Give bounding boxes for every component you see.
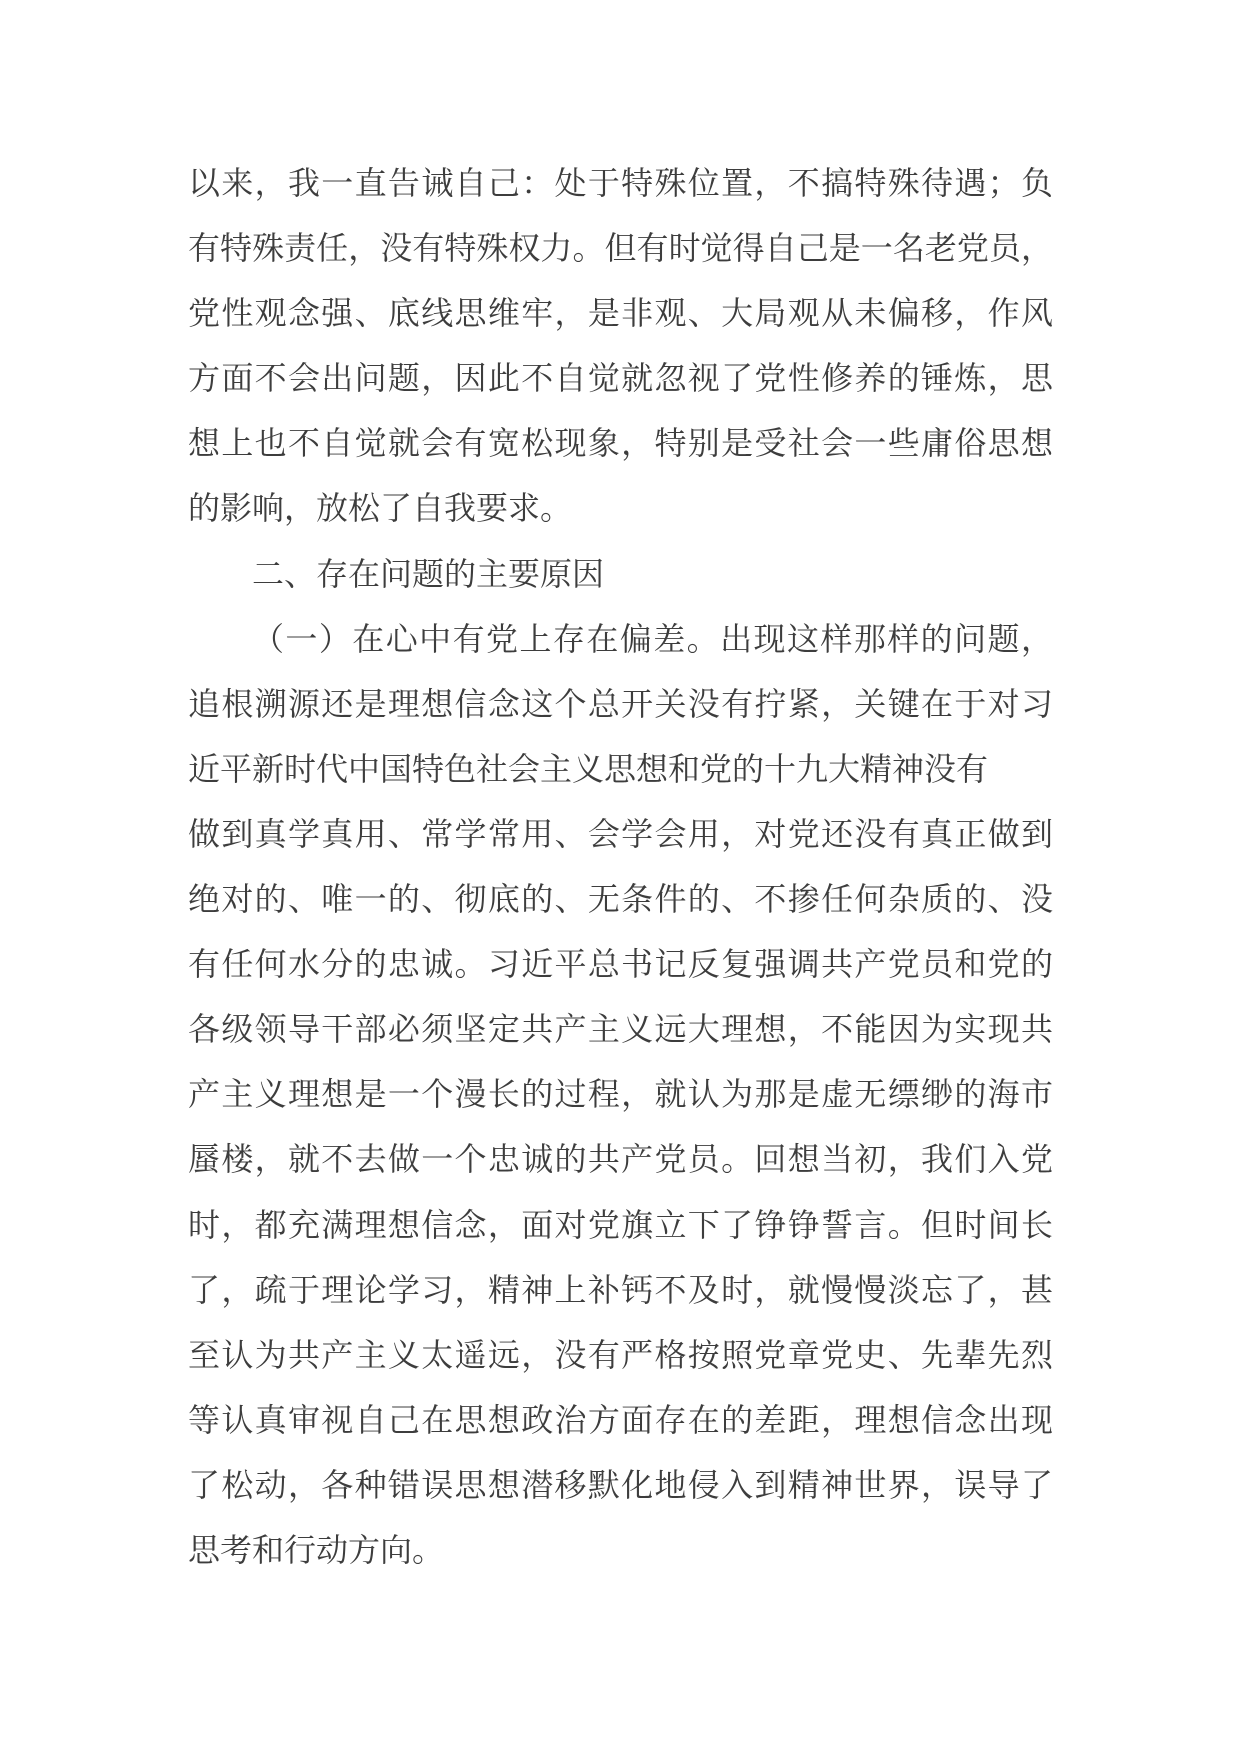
text-line: 近平新时代中国特色社会主义思想和党的十九大精神没有 [188,737,1053,802]
text-line: 绝对的、唯一的、彻底的、无条件的、不掺任何杂质的、没 [188,867,1053,932]
document-text: 以来，我一直告诫自己：处于特殊位置，不搞特殊待遇；负 有特殊责任，没有特殊权力。… [188,151,1053,1583]
text-line: 了松动，各种错误思想潜移默化地侵入到精神世界，误导了 [188,1453,1053,1518]
text-line: 思考和行动方向。 [188,1518,1053,1583]
text-line: 追根溯源还是理想信念这个总开关没有拧紧，关键在于对习 [188,672,1053,737]
section-heading: 二、存在问题的主要原因 [188,542,1053,607]
text-line: 以来，我一直告诫自己：处于特殊位置，不搞特殊待遇；负 [188,151,1053,216]
text-line: 做到真学真用、常学常用、会学会用，对党还没有真正做到 [188,802,1053,867]
text-line: 有特殊责任，没有特殊权力。但有时觉得自己是一名老党员， [188,216,1053,281]
document-page: 以来，我一直告诫自己：处于特殊位置，不搞特殊待遇；负 有特殊责任，没有特殊权力。… [0,0,1241,1755]
text-line: 产主义理想是一个漫长的过程，就认为那是虚无缥缈的海市 [188,1062,1053,1127]
text-line: 的影响，放松了自我要求。 [188,476,1053,541]
text-line: 等认真审视自己在思想政治方面存在的差距，理想信念出现 [188,1388,1053,1453]
text-line: 想上也不自觉就会有宽松现象，特别是受社会一些庸俗思想 [188,411,1053,476]
text-line: 蜃楼，就不去做一个忠诚的共产党员。回想当初，我们入党 [188,1127,1053,1192]
text-line: 方面不会出问题，因此不自觉就忽视了党性修养的锤炼，思 [188,346,1053,411]
text-line: 时，都充满理想信念，面对党旗立下了铮铮誓言。但时间长 [188,1193,1053,1258]
text-line: 至认为共产主义太遥远，没有严格按照党章党史、先辈先烈 [188,1323,1053,1388]
text-line: 各级领导干部必须坚定共产主义远大理想，不能因为实现共 [188,997,1053,1062]
text-line: 有任何水分的忠诚。习近平总书记反复强调共产党员和党的 [188,932,1053,997]
text-line: （一）在心中有党上存在偏差。出现这样那样的问题， [188,607,1053,672]
text-line: 了，疏于理论学习，精神上补钙不及时，就慢慢淡忘了，甚 [188,1258,1053,1323]
text-line: 党性观念强、底线思维牢，是非观、大局观从未偏移，作风 [188,281,1053,346]
